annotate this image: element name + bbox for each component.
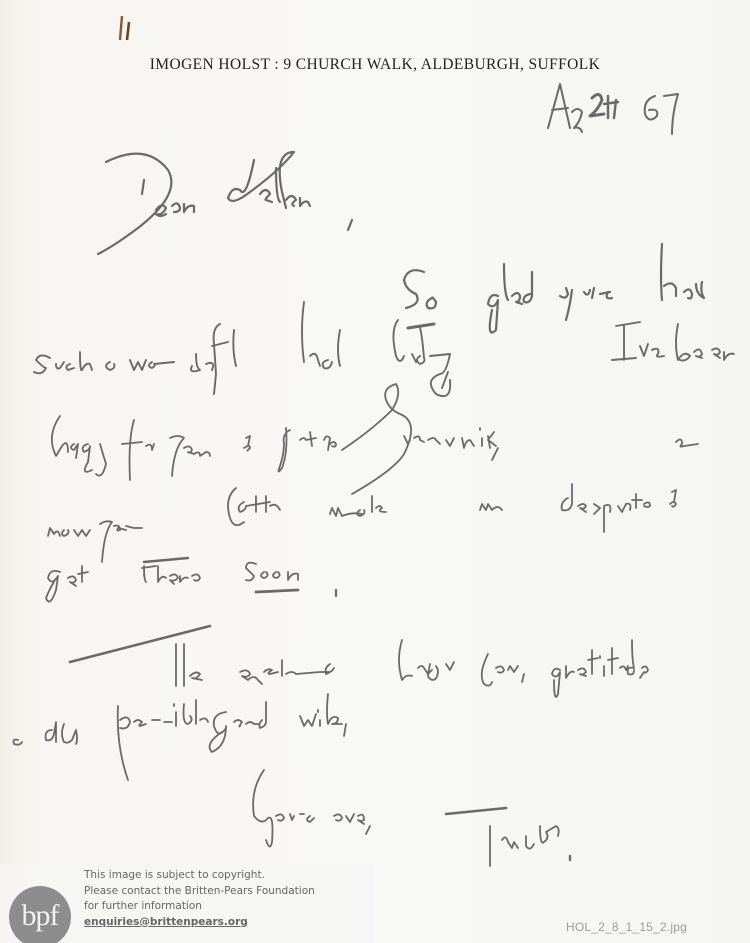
line7-handwriting — [14, 694, 347, 780]
bpf-logo-icon: bpf — [9, 886, 71, 943]
image-filename: HOL_2_8_1_15_2.jpg — [566, 920, 687, 934]
copyright-text: This image is subject to copyright. Plea… — [84, 868, 315, 930]
contact-email-link[interactable]: enquiries@brittenpears.org — [84, 915, 315, 931]
copyright-line: This image is subject to copyright. — [84, 868, 315, 884]
line4-handwriting — [48, 484, 676, 562]
line1-handwriting — [404, 244, 704, 333]
line6-handwriting — [70, 626, 648, 697]
copyright-line: Please contact the Britten-Pears Foundat… — [84, 884, 315, 900]
letter-page: IMOGEN HOLST : 9 CHURCH WALK, ALDEBURGH,… — [0, 0, 750, 943]
line3-handwriting — [52, 384, 698, 494]
date-handwriting — [548, 84, 678, 134]
handwriting-strokes — [0, 0, 750, 943]
copyright-notice: bpf This image is subject to copyright. … — [0, 864, 375, 943]
closing-handwriting — [253, 770, 570, 866]
salutation-handwriting — [98, 152, 352, 254]
line2-handwriting — [34, 302, 734, 396]
copyright-line: for further information — [84, 899, 315, 915]
line5-handwriting — [46, 558, 336, 602]
